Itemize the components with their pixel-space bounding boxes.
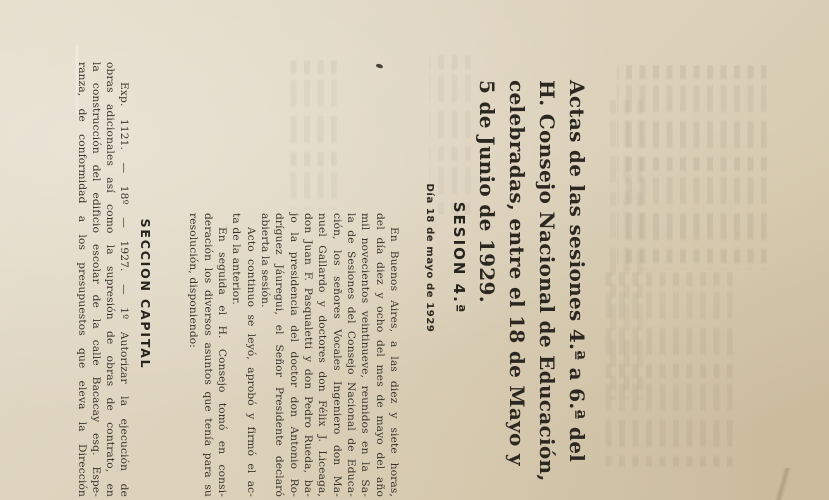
session-date: Día 18 de mayo de 1929 [424,168,435,348]
title-line: celebradas, entre el 18 de Mayo y [502,80,532,457]
body-line: nuel Gallardo y doctores don Félix J. Li… [315,213,329,497]
expediente-line: Exp. 1121. — 18º — 1927. — 1º Autorizar … [117,62,131,497]
verso-showthrough-smudge [605,100,643,400]
body-line: don Juan F. Pasqualetti y don Pedro Rued… [301,213,315,497]
document-page: Actas de las sesiones 4.ª a 6.ª del H. C… [0,0,829,500]
paper-crease [737,468,829,500]
body-line: Acto continuo se leyó, aprobó y firmó el… [243,213,257,497]
expediente-line: ranza, de conformidad a los presupuestos… [75,62,89,497]
verso-showthrough-smudge [289,60,337,210]
expediente-line: la construcción del edificio escolar de … [89,62,103,497]
title-line: Actas de las sesiones 4.ª a 6.ª del [562,80,592,457]
minutes-body: En Buenos Aires, a las diez y siete hora… [186,213,401,497]
body-line: abierta la sesión. [258,213,272,497]
body-line: jo la presidencia del doctor don Antonio… [286,213,300,497]
title-line: H. Consejo Nacional de Educación, [532,80,562,457]
body-line: En seguida el H. Consejo tomó en consi- [215,213,229,497]
chapter-title: Actas de las sesiones 4.ª a 6.ª del H. C… [472,80,592,457]
body-line: dríguez Jáuregui, el Señor Presidente de… [272,213,286,497]
title-line: 5 de Junio de 1929. [472,80,502,457]
expediente-line: obras adicionales así como la supresión … [103,62,117,497]
section-heading: SECCION CAPITAL [138,194,153,394]
body-line: deración los diversos asuntos que tenía … [200,213,214,497]
body-line: resolución, disponiendo: [186,213,200,497]
session-heading: SESION 4.ª [450,168,468,348]
expediente-paragraph: Exp. 1121. — 18º — 1927. — 1º Autorizar … [75,62,131,497]
body-line: En Buenos Aires, a las diez y siete hora… [387,213,401,497]
body-line: del día diez y ocho del mes de mayo del … [372,213,386,497]
body-line: mil novecientos veintinueve, reunidos en… [358,213,372,497]
scanned-page-photo: Actas de las sesiones 4.ª a 6.ª del H. C… [0,0,829,500]
ink-speck [376,63,384,69]
body-line: ta de la anterior. [229,213,243,497]
body-line: ción, los señores Vocales Ingeniero don … [329,213,343,497]
body-line: la de Sesiones del Consejo Nacional de E… [344,213,358,497]
